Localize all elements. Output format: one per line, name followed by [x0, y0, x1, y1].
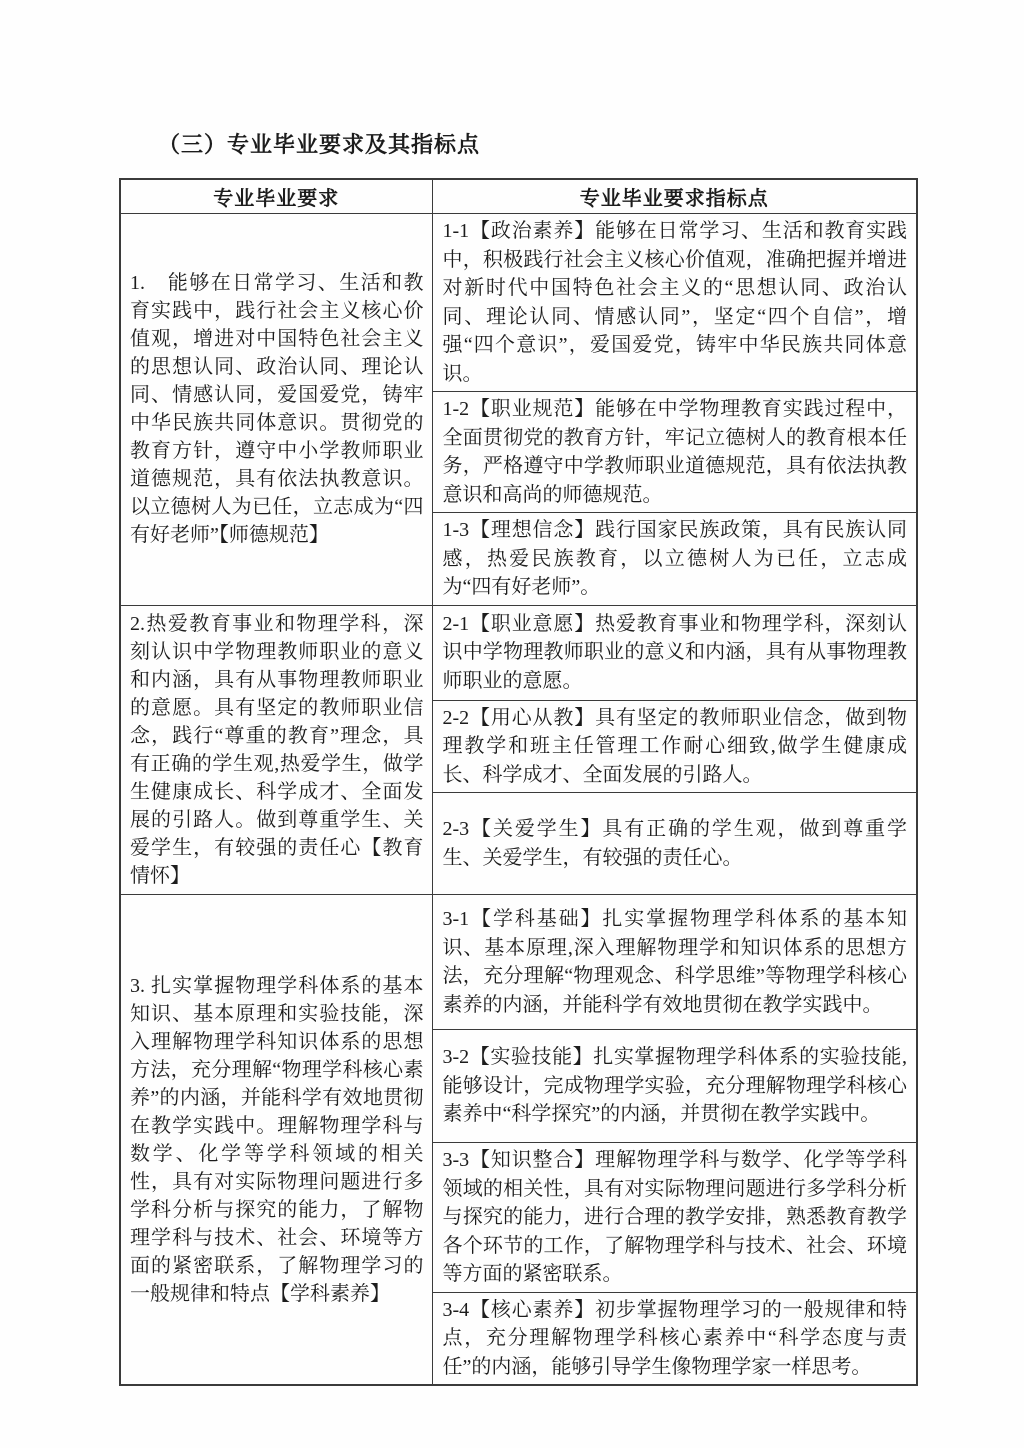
requirement-cell-1: 1. 能够在日常学习、生活和教育实践中，践行社会主义核心价值观，增进对中国特色社…: [120, 214, 432, 606]
col-header-requirements: 专业毕业要求: [120, 179, 432, 214]
col-header-indicator-points: 专业毕业要求指标点: [432, 179, 917, 214]
requirement-cell-2: 2.热爱教育事业和物理学科，深刻认识中学物理教师职业的意义和内涵，具有从事物理教…: [120, 605, 432, 895]
table-row: 3. 扎实掌握物理学科体系的基本知识、基本原理和实验技能，深入理解物理学科知识体…: [120, 895, 917, 1030]
document-page: （三）专业毕业要求及其指标点 专业毕业要求 专业毕业要求指标点 1. 能够在日常…: [0, 0, 1024, 1448]
table-row: 2.热爱教育事业和物理学科，深刻认识中学物理教师职业的意义和内涵，具有从事物理教…: [120, 605, 917, 700]
requirements-table: 专业毕业要求 专业毕业要求指标点 1. 能够在日常学习、生活和教育实践中，践行社…: [119, 178, 918, 1386]
indicator-cell-1-1: 1-1【政治素养】能够在日常学习、生活和教育实践中，积极践行社会主义核心价值观，…: [432, 214, 917, 392]
indicator-cell-3-2: 3-2【实验技能】扎实掌握物理学科体系的实验技能,能够设计，完成物理学实验，充分…: [432, 1030, 917, 1143]
requirement-cell-3: 3. 扎实掌握物理学科体系的基本知识、基本原理和实验技能，深入理解物理学科知识体…: [120, 895, 432, 1386]
table-row: 1. 能够在日常学习、生活和教育实践中，践行社会主义核心价值观，增进对中国特色社…: [120, 214, 917, 392]
page-title: （三）专业毕业要求及其指标点: [158, 128, 480, 159]
indicator-cell-3-1: 3-1【学科基础】扎实掌握物理学科体系的基本知识、基本原理,深入理解物理学和知识…: [432, 895, 917, 1030]
indicator-cell-3-4: 3-4【核心素养】初步掌握物理学习的一般规律和特点，充分理解物理学科核心素养中“…: [432, 1292, 917, 1385]
indicator-cell-1-2: 1-2【职业规范】能够在中学物理教育实践过程中，全面贯彻党的教育方针，牢记立德树…: [432, 392, 917, 513]
indicator-cell-3-3: 3-3【知识整合】理解物理学科与数学、化学等学科领域的相关性，具有对实际物理问题…: [432, 1143, 917, 1293]
indicator-cell-1-3: 1-3【理想信念】践行国家民族政策，具有民族认同感，热爱民族教育，以立德树人为已…: [432, 513, 917, 606]
header-row: 专业毕业要求 专业毕业要求指标点: [120, 179, 917, 214]
indicator-cell-2-1: 2-1【职业意愿】热爱教育事业和物理学科，深刻认识中学物理教师职业的意义和内涵，…: [432, 605, 917, 700]
indicator-cell-2-2: 2-2【用心从教】具有坚定的教师职业信念，做到物理教学和班主任管理工作耐心细致,…: [432, 700, 917, 793]
indicator-cell-2-3: 2-3【关爱学生】具有正确的学生观，做到尊重学生、关爱学生，有较强的责任心。: [432, 793, 917, 895]
